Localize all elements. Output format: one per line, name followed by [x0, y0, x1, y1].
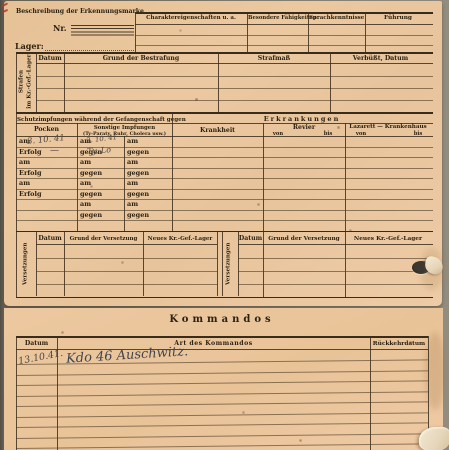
rule-line [36, 258, 217, 259]
kommandos-header-art: Art des Kommandos [57, 339, 370, 349]
sonstige2-am-label: am [127, 179, 138, 187]
rule-line [16, 199, 433, 200]
hole-punch [410, 257, 444, 281]
lager-write-line [45, 50, 134, 51]
scanned-pow-card: Beschreibung der Erkennungsmarke Nr. Lag… [0, 0, 449, 450]
rule-line [16, 157, 433, 158]
strafen-header-verbuesst: Verbüßt, Datum [330, 54, 431, 64]
traits-header-charakter: Charaktereigenschaften u. a. [136, 13, 246, 24]
kommandos-header-rueckkehrdatum: Rückkehrdatum [370, 339, 428, 349]
versetzungen-side-label-text: Versetzungen [22, 242, 28, 284]
rule-line [217, 231, 218, 296]
strafen-side-label-line2: im Kr.-Gef.-Lager [26, 55, 32, 109]
rule-line [36, 100, 433, 101]
handwritten-sonstige-gegen: Ty. Lo [87, 145, 112, 156]
rule-line [16, 220, 433, 221]
strafen-header-grund: Grund der Bestrafung [64, 54, 218, 64]
rule-line [238, 244, 433, 245]
rule-line [16, 336, 428, 338]
sonstige2-am-label: am [127, 200, 138, 208]
rule-line [16, 336, 17, 450]
rule-line [16, 210, 433, 211]
rule-line [135, 24, 433, 25]
pocken-erfolg-label: Erfolg [19, 169, 42, 177]
versetzungen-header-grund: Grund der Versetzung [64, 234, 143, 244]
col-header-pocken: Pocken [16, 126, 77, 134]
versetzungen-header-neues-lager: Neues Kr.-Gef.-Lager [345, 234, 431, 244]
kommandos-header-datum: Datum [16, 339, 57, 349]
kommandos-title: Kommandos [122, 314, 322, 325]
versetzungen-header-neues-lager: Neues Kr.-Gef.-Lager [143, 234, 217, 244]
erkennungsmarke-title: Beschreibung der Erkennungsmarke [16, 8, 134, 15]
sonstige-gegen-label: gegen [80, 169, 102, 177]
pocken-erfolg-label: Erfolg [19, 190, 42, 198]
sonstige-gegen-label: gegen [80, 190, 102, 198]
sonstige2-gegen-label: gegen [127, 211, 149, 219]
handwritten-pocken-erfolg: — [50, 146, 59, 156]
versetzungen-header-datum: Datum [238, 234, 263, 244]
pocken-erfolg-label: Erfolg [19, 148, 42, 156]
sonstige-am-label: am [80, 200, 91, 208]
strafen-side-label-line1: Strafen [18, 70, 24, 93]
rule-line [16, 168, 433, 169]
sonstige2-gegen-label: gegen [127, 148, 149, 156]
lager-label: Lager: [15, 41, 44, 51]
versetzungen-header-grund: Grund der Versetzung [263, 234, 345, 244]
rule-line [36, 244, 217, 245]
sonstige2-gegen-label: gegen [127, 169, 149, 177]
rule-line [135, 45, 433, 46]
nr-label: Nr. [53, 23, 67, 33]
paper-speckles [0, 0, 1, 1]
pocken-am-label: am [19, 158, 30, 166]
sonstige2-am-label: am [127, 137, 138, 145]
traits-header-faehigkeiten: Besondere Fähigkeiten [248, 13, 307, 24]
traits-header-fuehrung: Führung [366, 13, 430, 24]
rule-line [238, 271, 433, 272]
strafen-header-datum: Datum [36, 54, 64, 64]
sonstige-am-label: am [80, 158, 91, 166]
rule-line [238, 258, 433, 259]
rule-line [16, 136, 433, 137]
rule-line [36, 271, 217, 272]
red-pen-mark [1, 2, 13, 15]
rule-line [135, 35, 433, 36]
col-header-krankheit: Krankheit [172, 127, 263, 135]
versetzungen-side-label: Versetzungen [221, 231, 238, 296]
pocken-am-label: am [19, 179, 30, 187]
rule-line [16, 297, 433, 299]
card-lower [4, 308, 443, 450]
nr-write-lines [71, 25, 134, 37]
sonstige-gegen-label: gegen [80, 211, 102, 219]
sonstige2-am-label: am [127, 158, 138, 166]
versetzungen-side-label-text: Versetzungen [226, 242, 232, 284]
traits-header-sprachkenntnisse: Sprachkenntnisse [309, 13, 364, 24]
paper-tear [419, 427, 449, 450]
rule-line [370, 336, 371, 450]
versetzungen-side-label: Versetzungen [16, 231, 36, 296]
rule-line [238, 284, 433, 285]
rule-line [16, 189, 433, 190]
strafen-header-strafmass: Strafmaß [218, 54, 330, 64]
versetzungen-header-datum: Datum [36, 234, 64, 244]
rule-line [124, 136, 125, 231]
sonstige2-gegen-label: gegen [127, 190, 149, 198]
rule-line [36, 88, 433, 89]
rule-line [36, 284, 217, 285]
rule-line [77, 123, 78, 231]
rule-line [16, 178, 433, 179]
rule-line [16, 147, 433, 148]
strafen-side-label: Strafen im Kr.-Gef.-Lager [16, 52, 36, 112]
sonstige-am-label: am [80, 179, 91, 187]
rule-line [36, 76, 433, 77]
